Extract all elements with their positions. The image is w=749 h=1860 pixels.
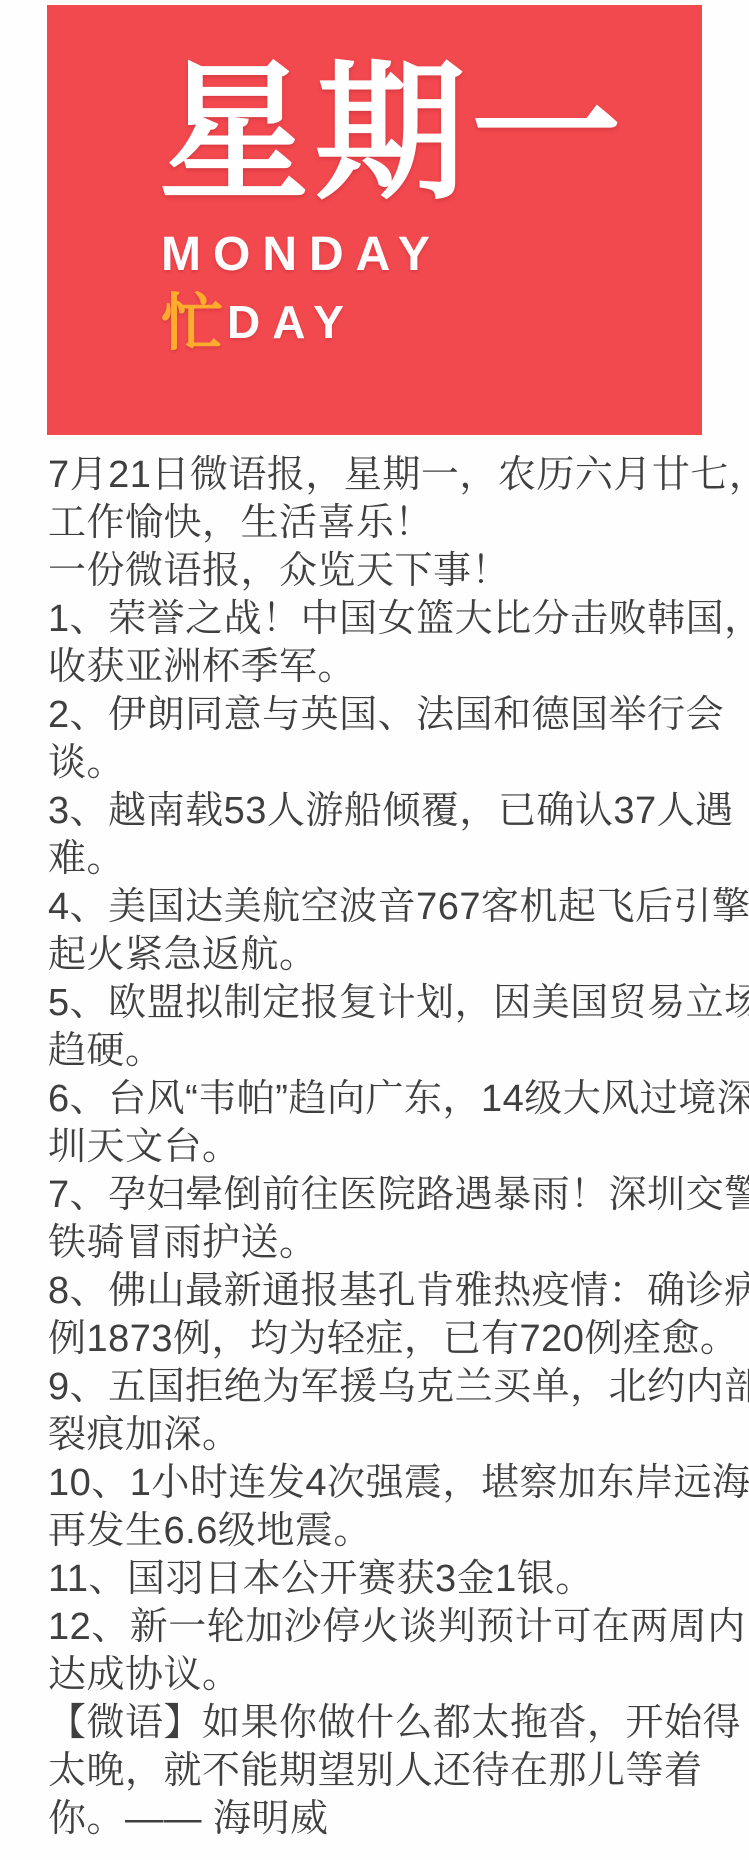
text-line: 7月21日微语报，星期一，农历六月廿七， [48, 451, 708, 499]
text-line: 【微语】如果你做什么都太拖沓，开始得 [48, 1699, 708, 1747]
text-line: 6、台风“韦帕”趋向广东，14级大风过境深 [48, 1075, 708, 1123]
text-line: 圳天文台。 [48, 1123, 708, 1171]
banner-busy-day: 忙DAY [161, 273, 356, 362]
text-line: 1、荣誉之战！中国女篮大比分击败韩国， [48, 595, 708, 643]
banner-busy-rest: DAY [227, 295, 356, 349]
banner-title-chinese: 星期一 [159, 53, 627, 213]
text-line: 谈。 [48, 739, 708, 787]
text-line: 收获亚洲杯季军。 [48, 643, 708, 691]
text-line: 起火紧急返航。 [48, 931, 708, 979]
text-line: 12、新一轮加沙停火谈判预计可在两周内 [48, 1603, 708, 1651]
text-line: 11、国羽日本公开赛获3金1银。 [48, 1555, 708, 1603]
text-line: 再发生6.6级地震。 [48, 1507, 708, 1555]
text-line: 一份微语报，众览天下事！ [48, 547, 708, 595]
text-line: 4、美国达美航空波音767客机起飞后引擎 [48, 883, 708, 931]
text-line: 9、五国拒绝为军援乌克兰买单，北约内部 [48, 1363, 708, 1411]
monday-banner-image: 星期一 MONDAY 忙DAY [47, 5, 702, 435]
text-line: 你。—— 海明威 [48, 1795, 708, 1843]
news-digest-text: 7月21日微语报，星期一，农历六月廿七，工作愉快，生活喜乐！一份微语报，众览天下… [48, 451, 708, 1843]
text-line: 铁骑冒雨护送。 [48, 1219, 708, 1267]
text-line: 8、佛山最新通报基孔肯雅热疫情：确诊病 [48, 1267, 708, 1315]
text-line: 难。 [48, 835, 708, 883]
text-line: 裂痕加深。 [48, 1411, 708, 1459]
page: 星期一 MONDAY 忙DAY 7月21日微语报，星期一，农历六月廿七，工作愉快… [0, 0, 749, 1860]
text-line: 3、越南载53人游船倾覆，已确认37人遇 [48, 787, 708, 835]
text-line: 例1873例，均为轻症，已有720例痊愈。 [48, 1315, 708, 1363]
text-line: 10、1小时连发4次强震，堪察加东岸远海 [48, 1459, 708, 1507]
banner-busy-char: 忙 [161, 273, 223, 362]
text-line: 趋硬。 [48, 1027, 708, 1075]
text-line: 太晚，就不能期望别人还待在那儿等着 [48, 1747, 708, 1795]
text-line: 2、伊朗同意与英国、法国和德国举行会 [48, 691, 708, 739]
text-line: 7、孕妇晕倒前往医院路遇暴雨！深圳交警 [48, 1171, 708, 1219]
text-line: 工作愉快，生活喜乐！ [48, 499, 708, 547]
text-line: 达成协议。 [48, 1651, 708, 1699]
text-line: 5、欧盟拟制定报复计划，因美国贸易立场 [48, 979, 708, 1027]
